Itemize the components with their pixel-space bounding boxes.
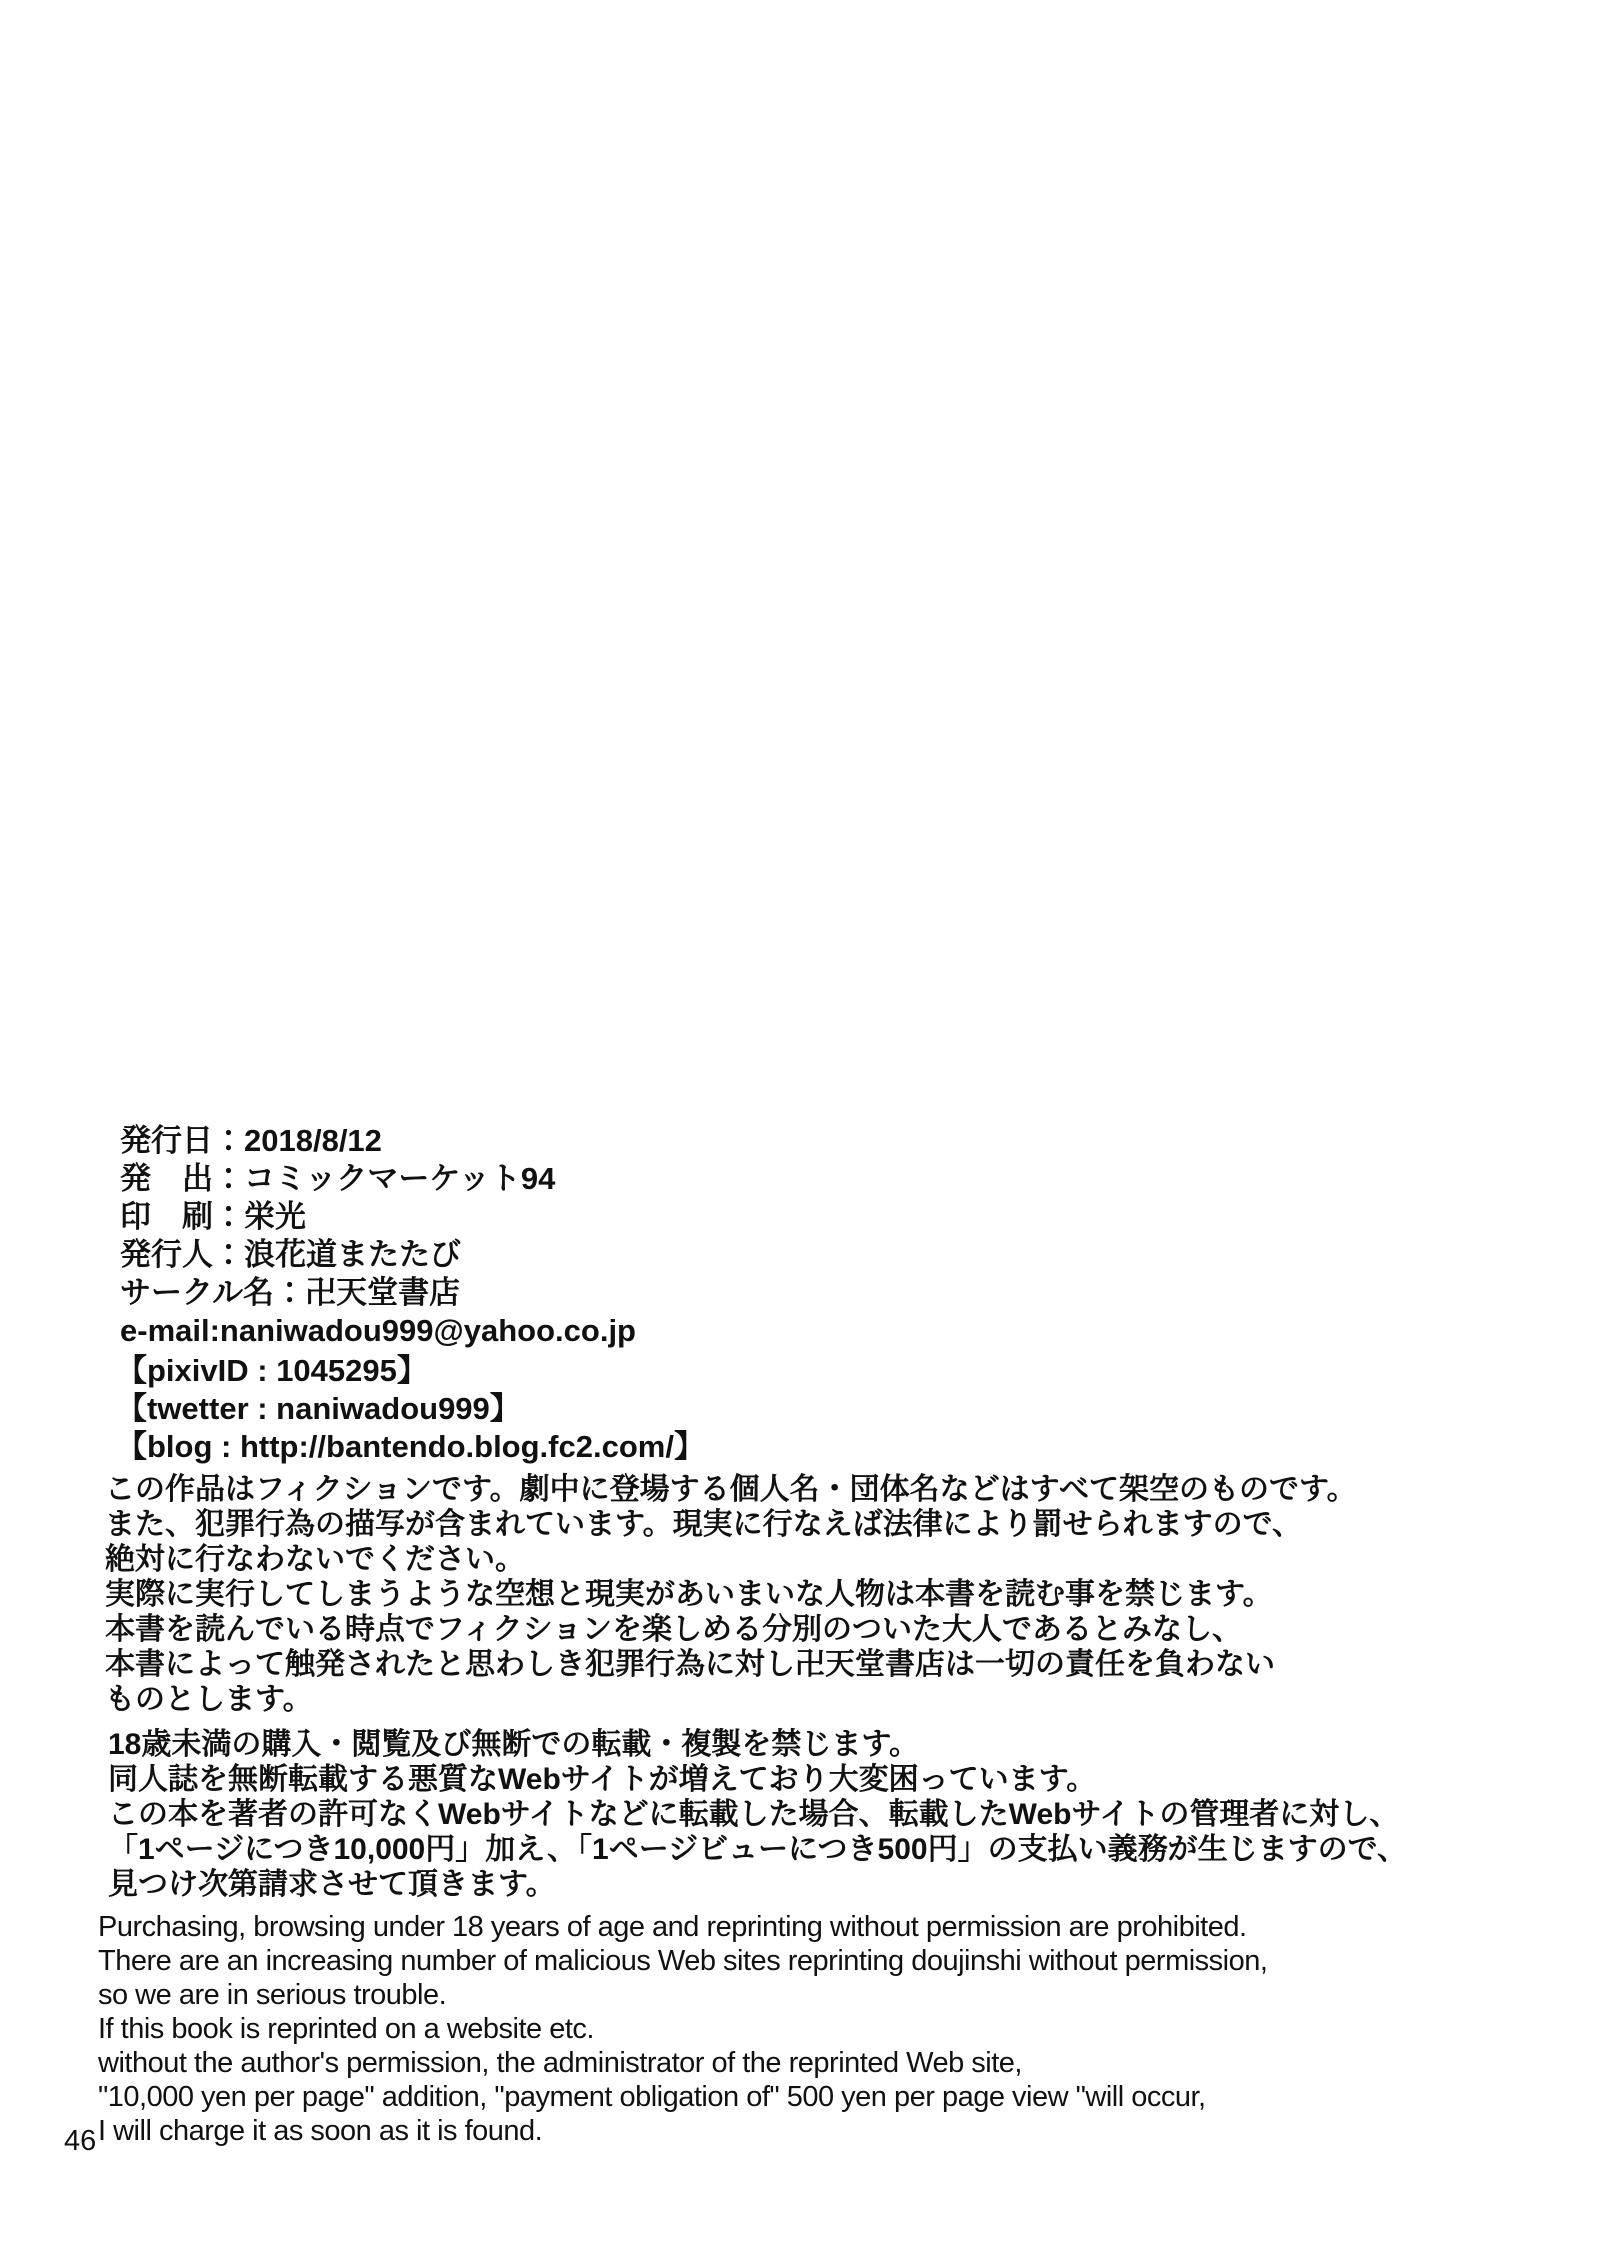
document-page: 発行日：2018/8/12 発 出：コミックマーケット94 印 刷：栄光 発行人… (0, 0, 1600, 2259)
disclaimer-line: ものとします。 (105, 1682, 1357, 1717)
pixiv-id-line: 【pixivID : 1045295】 (116, 1352, 705, 1390)
piracy-jp-line: 同人誌を無断転載する悪質なWebサイトが増えており大変困っています。 (108, 1762, 1407, 1797)
colophon-publish-date: 発行日：2018/8/12 (120, 1122, 636, 1160)
disclaimer-line: 本書を読んでいる時点でフィクションを楽しめる分別のついた大人であるとみなし、 (105, 1612, 1357, 1647)
piracy-jp-line: 「1ページにつき10,000円」加え、「1ページビューにつき500円」の支払い義… (108, 1832, 1407, 1867)
piracy-en-line: Purchasing, browsing under 18 years of a… (98, 1910, 1267, 1944)
disclaimer-line: 絶対に行なわないでください。 (105, 1542, 1357, 1577)
colophon-printer: 印 刷：栄光 (120, 1198, 636, 1236)
colophon-publisher: 発行人：浪花道またたび (120, 1236, 636, 1274)
piracy-en-line: I will charge it as soon as it is found. (98, 2114, 1267, 2148)
disclaimer-line: 本書によって触発されたと思わしき犯罪行為に対し卍天堂書店は一切の責任を負わない (105, 1647, 1357, 1682)
colophon-event: 発 出：コミックマーケット94 (120, 1160, 636, 1198)
disclaimer-line: 実際に実行してしまうような空想と現実があいまいな人物は本書を読む事を禁じます。 (105, 1577, 1357, 1612)
fiction-disclaimer-jp-block: この作品はフィクションです。劇中に登場する個人名・団体名などはすべて架空のもので… (105, 1472, 1357, 1717)
piracy-warning-en-block: Purchasing, browsing under 18 years of a… (98, 1910, 1267, 2148)
piracy-en-line: If this book is reprinted on a website e… (98, 2012, 1267, 2046)
piracy-en-line: "10,000 yen per page" addition, "payment… (98, 2080, 1267, 2114)
piracy-jp-line: この本を著者の許可なくWebサイトなどに転載した場合、転載したWebサイトの管理… (108, 1797, 1407, 1832)
page-number: 46 (64, 2124, 96, 2158)
piracy-en-line: so we are in serious trouble. (98, 1978, 1267, 2012)
disclaimer-line: この作品はフィクションです。劇中に登場する個人名・団体名などはすべて架空のもので… (105, 1472, 1357, 1507)
colophon-email: e-mail:naniwadou999@yahoo.co.jp (120, 1312, 636, 1350)
piracy-en-line: There are an increasing number of malici… (98, 1944, 1267, 1978)
scanned-doujinshi-colophon-page: { "page": { "number": "46", "background_… (0, 0, 1600, 2259)
sns-links-block: 【pixivID : 1045295】 【twetter : naniwadou… (116, 1352, 705, 1466)
colophon-circle-name: サークル名：卍天堂書店 (120, 1274, 636, 1312)
twitter-id-line: 【twetter : naniwadou999】 (116, 1390, 705, 1428)
piracy-jp-line: 見つけ次第請求させて頂きます。 (108, 1867, 1407, 1902)
piracy-warning-jp-block: 18歳未満の購入・閲覧及び無断での転載・複製を禁じます。 同人誌を無断転載する悪… (108, 1727, 1407, 1902)
blog-url-line: 【blog : http://bantendo.blog.fc2.com/】 (116, 1428, 705, 1466)
disclaimer-line: また、犯罪行為の描写が含まれています。現実に行なえば法律により罰せられますので、 (105, 1507, 1357, 1542)
colophon-block: 発行日：2018/8/12 発 出：コミックマーケット94 印 刷：栄光 発行人… (120, 1122, 636, 1350)
piracy-jp-line: 18歳未満の購入・閲覧及び無断での転載・複製を禁じます。 (108, 1727, 1407, 1762)
piracy-en-line: without the author's permission, the adm… (98, 2046, 1267, 2080)
